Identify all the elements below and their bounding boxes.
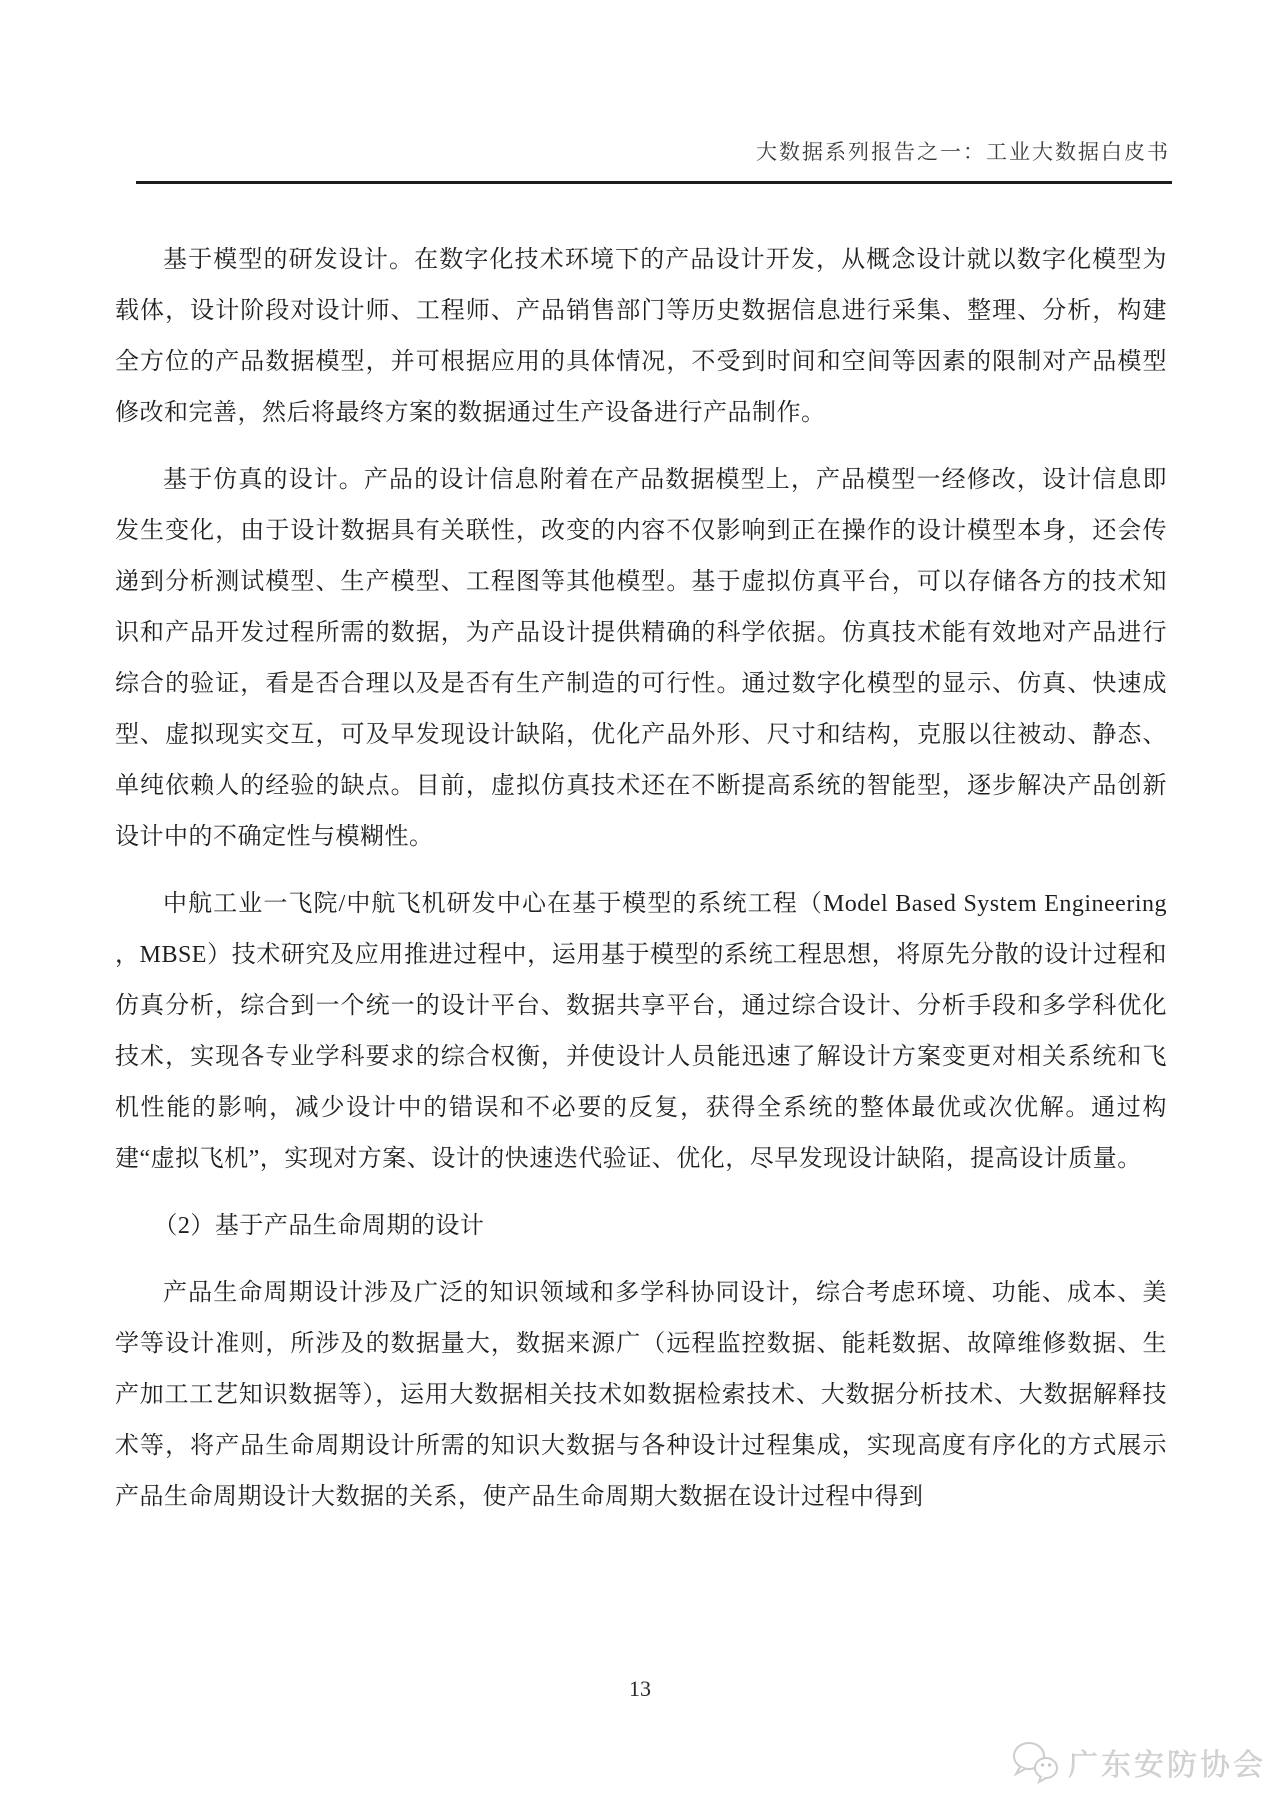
paragraph-simulation-based-design: 基于仿真的设计。产品的设计信息附着在产品数据模型上，产品模型一经修改，设计信息即… [115,455,1167,863]
document-body: 基于模型的研发设计。在数字化技术环境下的产品设计开发，从概念设计就以数字化模型为… [115,235,1167,1523]
watermark-label: 广东安防协会 [1068,1740,1266,1784]
page-header: 大数据系列报告之一：工业大数据白皮书 [136,136,1170,166]
paragraph-model-based-design: 基于模型的研发设计。在数字化技术环境下的产品设计开发，从概念设计就以数字化模型为… [115,235,1167,439]
section-heading-lifecycle-design: （2）基于产品生命周期的设计 [115,1201,1167,1252]
header-rule [136,181,1172,184]
document-page: 大数据系列报告之一：工业大数据白皮书 基于模型的研发设计。在数字化技术环境下的产… [0,0,1280,1810]
wechat-icon [1010,1738,1062,1786]
header-title: 大数据系列报告之一：工业大数据白皮书 [756,140,1170,164]
page-number: 13 [0,1676,1280,1702]
paragraph-lifecycle-design: 产品生命周期设计涉及广泛的知识领域和多学科协同设计，综合考虑环境、功能、成本、美… [115,1268,1167,1523]
paragraph-avic-mbse-case: 中航工业一飞院/中航飞机研发中心在基于模型的系统工程（Model Based S… [115,879,1167,1185]
watermark: 广东安防协会 [1010,1738,1266,1786]
